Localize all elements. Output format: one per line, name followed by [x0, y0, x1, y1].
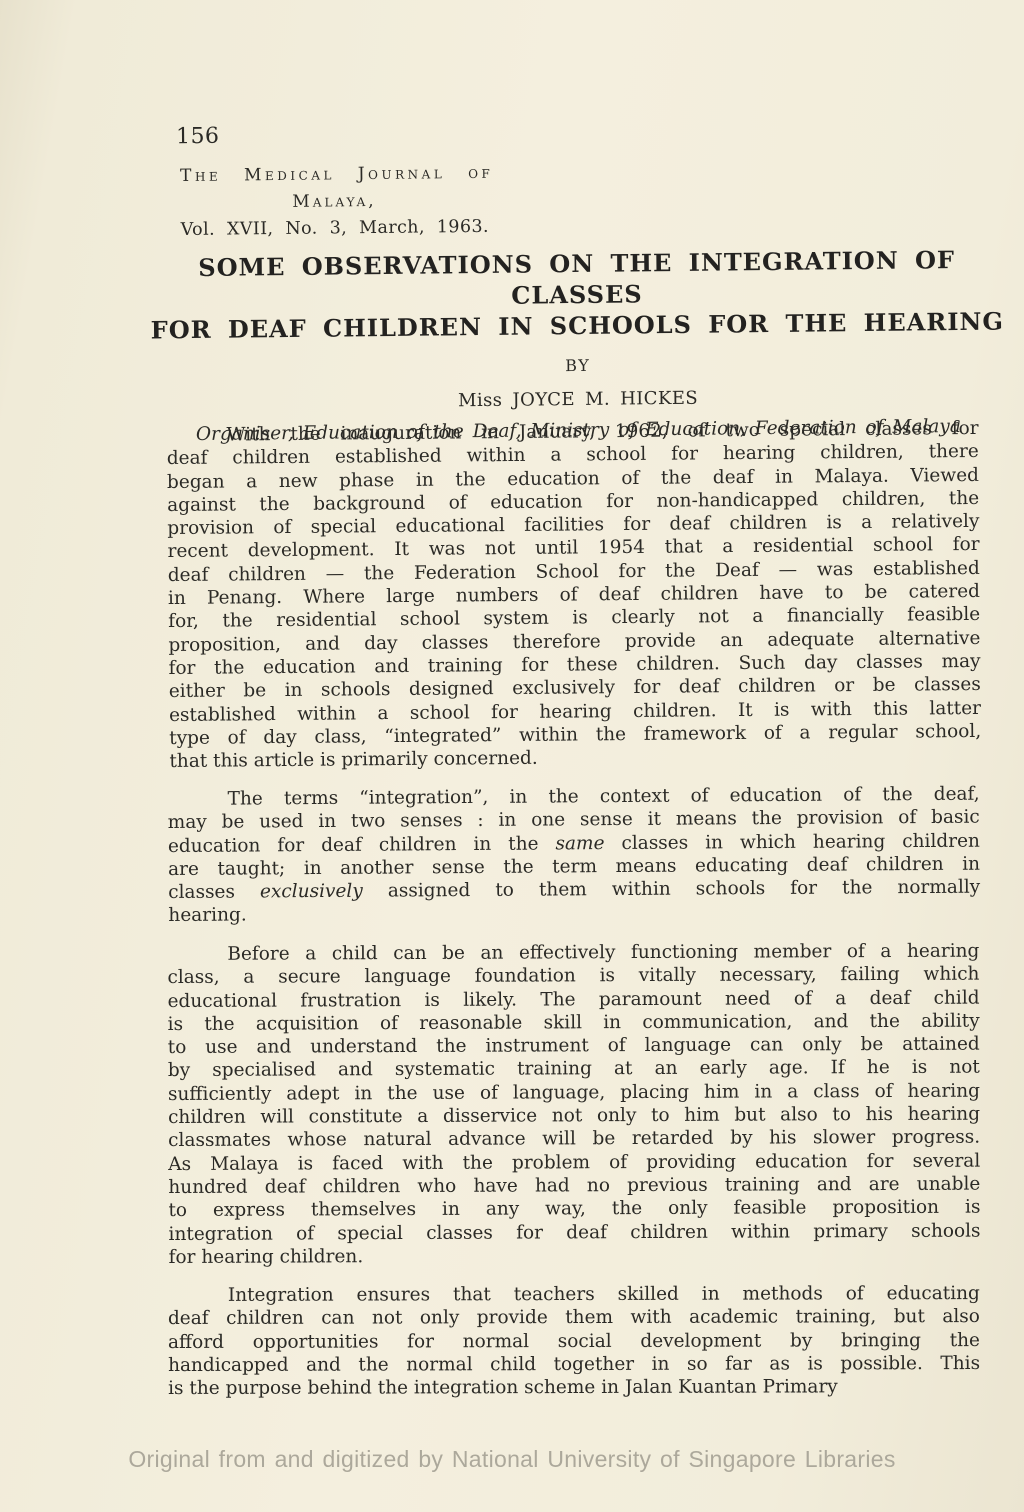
article-header: SOME OBSERVATIONS ON THE INTEGRATION OF …: [139, 243, 1016, 445]
journal-issue-line: Vol. XVII, No. 3, March, 1963.: [181, 217, 494, 240]
journal-page: 156 The Medical Journal of Malaya, Vol. …: [0, 0, 1024, 1512]
paragraph: Before a child can be an effectively fun…: [167, 940, 980, 1270]
journal-masthead: The Medical Journal of Malaya, Vol. XVII…: [180, 163, 494, 240]
paragraph: The terms “integration”, in the context …: [168, 783, 981, 928]
journal-name-line2: Malaya,: [292, 190, 493, 212]
text-line: afford opportunities for normal social d…: [168, 1329, 980, 1354]
text-line: Integration ensures that teachers skille…: [168, 1282, 980, 1307]
author-name: Miss JOYCE M. HICKES: [140, 384, 1015, 414]
page-number: 156: [176, 124, 220, 149]
text-line: for hearing children.: [169, 1243, 981, 1270]
text-line: class, a secure language foundation is v…: [167, 963, 979, 990]
article-title-line1: SOME OBSERVATIONS ON THE INTEGRATION OF …: [139, 243, 1015, 314]
paragraph: Integration ensures that teachers skille…: [168, 1282, 980, 1400]
text-line: classmates whose natural advance will be…: [168, 1126, 980, 1153]
text-line: is the purpose behind the integration sc…: [168, 1376, 980, 1401]
digitization-credit: Original from and digitized by National …: [0, 1446, 1024, 1473]
article-body: With the inauguration in January, 1962, …: [168, 424, 980, 1416]
byline-label: BY: [140, 351, 1015, 379]
text-line: to express themselves in any way, the on…: [168, 1196, 980, 1223]
text-line: by specialised and systematic training a…: [168, 1056, 980, 1083]
text-line: deaf children can not only provide them …: [168, 1306, 980, 1331]
text-line: hearing.: [168, 900, 980, 929]
text-line: integration of special classes for deaf …: [168, 1219, 980, 1246]
paragraph: With the inauguration in January, 1962, …: [166, 417, 981, 774]
text-line: handicapped and the normal child togethe…: [168, 1352, 980, 1377]
journal-name-line1: The Medical Journal of: [180, 163, 493, 186]
